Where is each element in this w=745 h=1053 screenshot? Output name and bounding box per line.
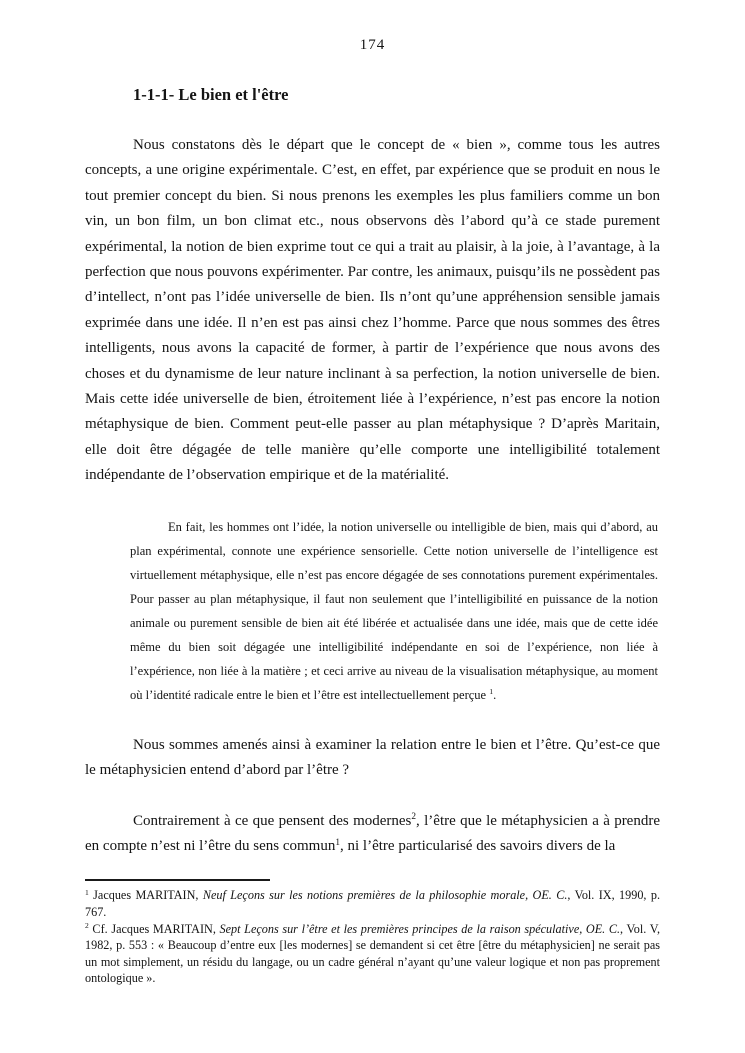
section-heading: 1-1-1- Le bien et l'être — [133, 85, 660, 105]
paragraph-3: Contrairement à ce que pensent des moder… — [85, 809, 660, 860]
document-page: 174 1-1-1- Le bien et l'être Nous consta… — [0, 0, 745, 1053]
block-quote: En fait, les hommes ont l’idée, la notio… — [130, 515, 658, 707]
footnote-separator — [85, 879, 270, 881]
footnote-1: 1 Jacques MARITAIN, Neuf Leçons sur les … — [85, 887, 660, 920]
footnote-2: 2 Cf. Jacques MARITAIN, Sept Leçons sur … — [85, 921, 660, 987]
page-number: 174 — [0, 0, 745, 54]
paragraph-2: Nous sommes amenés ainsi à examiner la r… — [85, 733, 660, 784]
footnotes-block: 1 Jacques MARITAIN, Neuf Leçons sur les … — [0, 887, 745, 987]
paragraph-1: Nous constatons dès le départ que le con… — [85, 133, 660, 489]
